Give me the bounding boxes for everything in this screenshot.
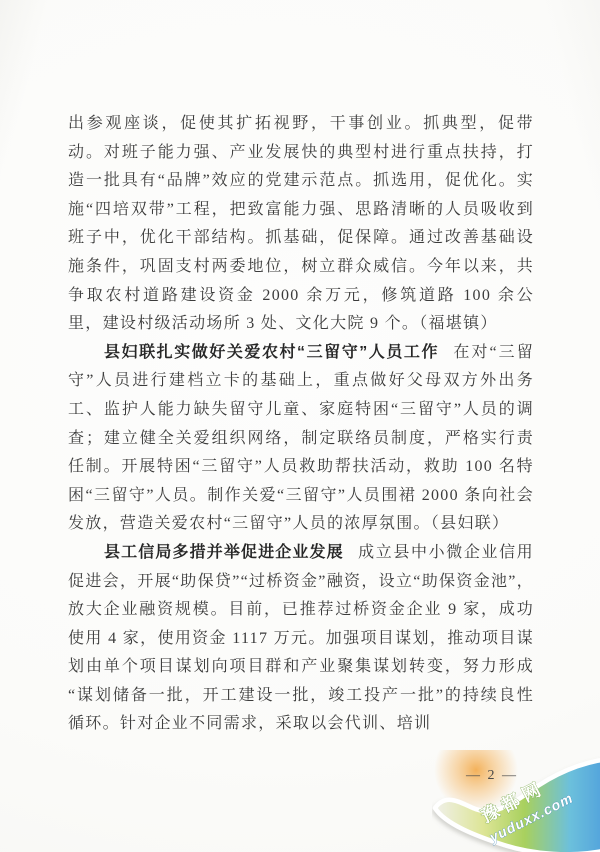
page-number: — 2 —	[448, 768, 536, 784]
paragraph: 县妇联扎实做好关爱农村“三留守”人员工作在对“三留守”人员进行建档立卡的基础上，…	[68, 339, 534, 539]
document-body-text: 出参观座谈，促使其扩拓视野，干事创业。抓典型，促带动。对班子能力强、产业发展快的…	[68, 110, 534, 739]
paragraph-text: 在对“三留守”人员进行建档立卡的基础上，重点做好父母双方外出务工、监护人能力缺失…	[68, 344, 534, 533]
yuduxx-watermark-logo: 豫都网 yuduxx.com	[432, 750, 600, 852]
paragraph-heading: 县工信局多措并举促进企业发展	[104, 544, 344, 561]
paragraph-text: 出参观座谈，促使其扩拓视野，干事创业。抓典型，促带动。对班子能力强、产业发展快的…	[68, 115, 534, 332]
paragraph-text: 成立县中小微企业信用促进会，开展“助保贷”“过桥资金”融资，设立“助保资金池”，…	[68, 544, 534, 733]
paragraph: 出参观座谈，促使其扩拓视野，干事创业。抓典型，促带动。对班子能力强、产业发展快的…	[68, 110, 534, 339]
paragraph-heading: 县妇联扎实做好关爱农村“三留守”人员工作	[104, 344, 439, 361]
scanned-document-page: { "document": { "paragraphs": [ { "headi…	[0, 0, 600, 852]
paragraph: 县工信局多措并举促进企业发展成立县中小微企业信用促进会，开展“助保贷”“过桥资金…	[68, 539, 534, 739]
